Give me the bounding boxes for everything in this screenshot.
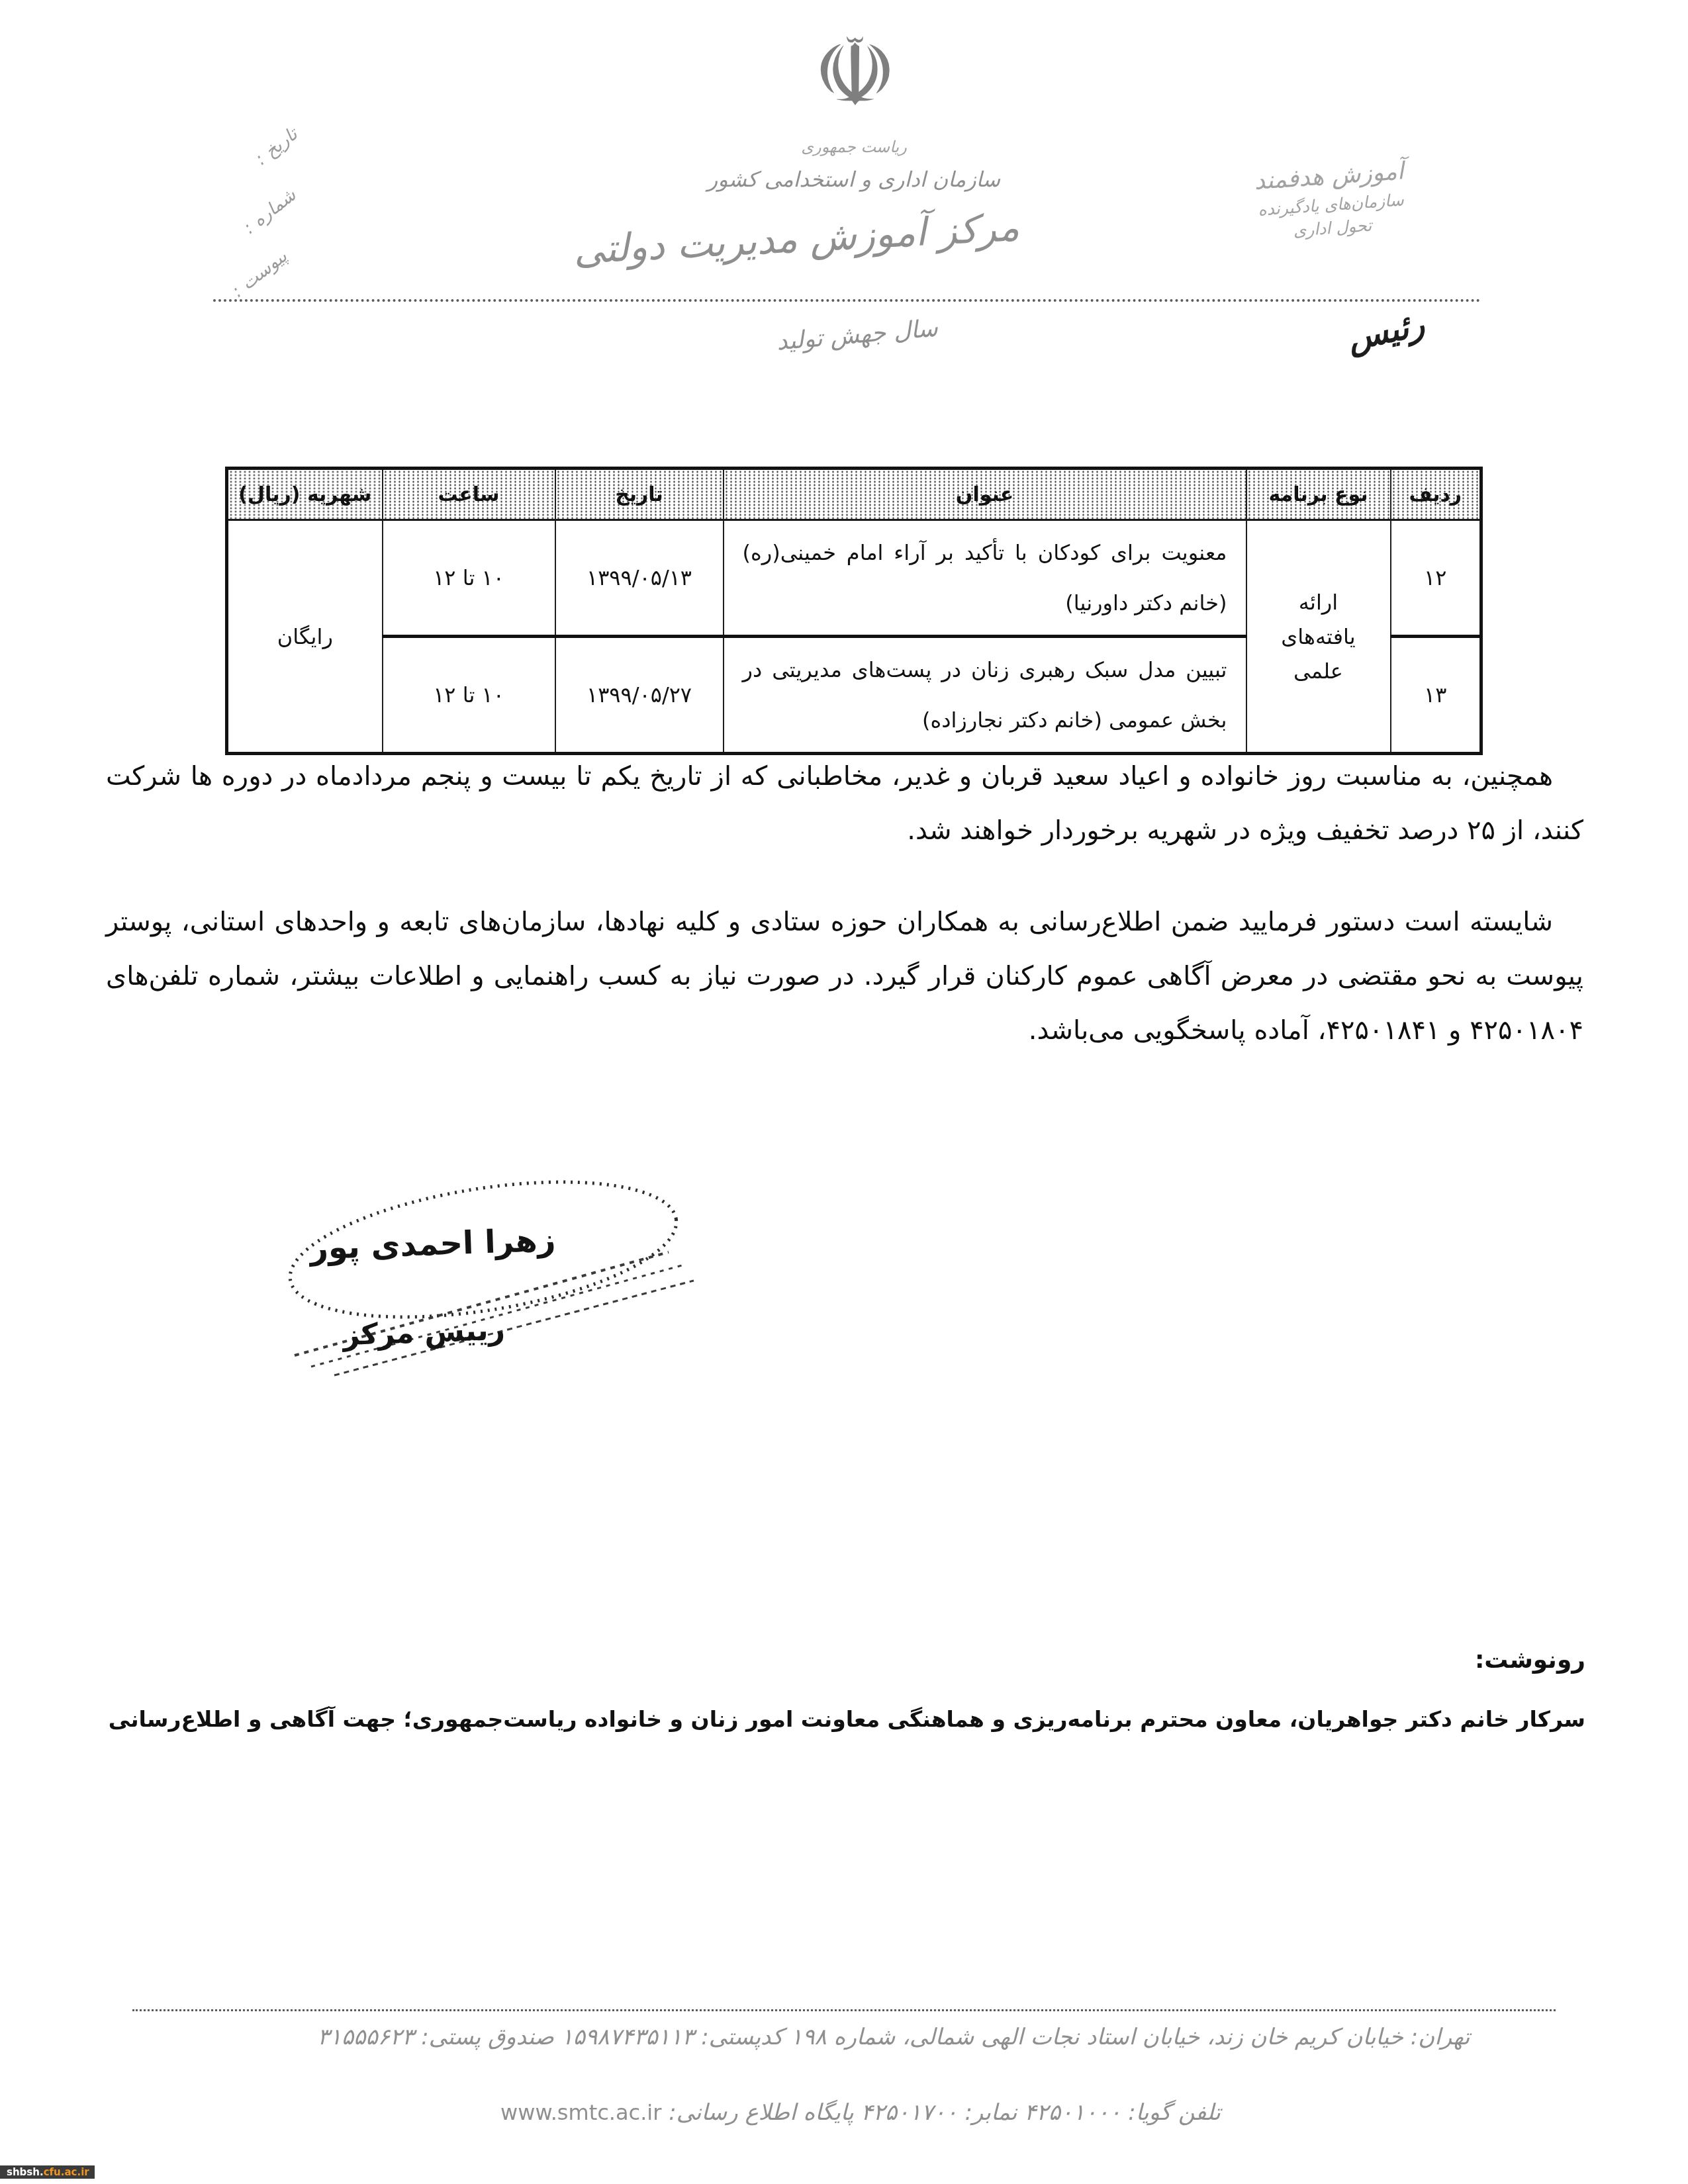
col-header-tuition: شهریه (ریال) [227, 469, 383, 520]
signature-block: زهرا احمدی پور رییس مرکز [265, 1165, 695, 1377]
col-header-date: تاریخ [555, 469, 724, 520]
time-cell: ۱۰ تا ۱۲ [383, 637, 555, 754]
col-header-row-no: ردیف [1391, 469, 1481, 520]
stamp-line1: آموزش هدفمند [1242, 157, 1415, 196]
course-table: ردیف نوع برنامه عنوان تاریخ ساعت شهریه (… [225, 467, 1483, 755]
date-cell: ۱۳۹۹/۰۵/۱۳ [555, 520, 724, 637]
footer-contact-text: تلفن گویا: ۴۲۵۰۱۰۰۰ نمابر: ۴۲۵۰۱۷۰۰ پایگ… [669, 2099, 1221, 2126]
footer-contact: تلفن گویا: ۴۲۵۰۱۰۰۰ نمابر: ۴۲۵۰۱۷۰۰ پایگ… [397, 2099, 1324, 2126]
org-name-line3: مرکز آموزش مدیریت دولتی [688, 205, 1021, 267]
col-header-time: ساعت [383, 469, 555, 520]
signature-title: رییس مرکز [342, 1313, 506, 1353]
watermark-prefix: shbsh. [7, 2166, 44, 2178]
col-header-title: عنوان [724, 469, 1246, 520]
footer-divider [132, 2009, 1556, 2011]
table-header-row: ردیف نوع برنامه عنوان تاریخ ساعت شهریه (… [227, 469, 1481, 520]
date-field-label: تاریخ : [252, 124, 301, 169]
col-header-program-type: نوع برنامه [1246, 469, 1391, 520]
program-type-text: ارائه یافته‌های علمی [1269, 585, 1368, 688]
year-slogan: سال جهش تولید [761, 313, 954, 357]
course-title-cell: معنویت برای کودکان با تأکید بر آراء امام… [724, 520, 1246, 637]
header-divider [213, 299, 1481, 302]
paragraph-discount: همچنین، به مناسبت روز خانواده و اعیاد سع… [106, 749, 1583, 858]
watermark-badge: shbsh.cfu.ac.ir [0, 2165, 95, 2179]
time-cell: ۱۰ تا ۱۲ [383, 520, 555, 637]
table-row: ۱۲ ارائه یافته‌های علمی معنویت برای کودک… [227, 520, 1481, 637]
header-stamp: آموزش هدفمند سازمان‌های یادگیرنده تحول ا… [1242, 157, 1419, 244]
date-cell: ۱۳۹۹/۰۵/۲۷ [555, 637, 724, 754]
tuition-cell: رایگان [227, 520, 383, 754]
raees-handwriting: رئیس [1344, 304, 1427, 358]
number-field-label: شماره : [240, 185, 300, 238]
letter-page: تاریخ : شماره : پیوست : ☫ ریاست جمهوری س… [0, 0, 1688, 2184]
cc-recipient-line: سرکار خانم دکتر جواهریان، معاون محترم بر… [109, 1706, 1585, 1732]
program-type-cell: ارائه یافته‌های علمی [1246, 520, 1391, 754]
row-no-cell: ۱۲ [1391, 520, 1481, 637]
watermark-suffix: cfu.ac.ir [44, 2166, 89, 2178]
footer-website: www.smtc.ac.ir [500, 2100, 661, 2125]
letter-body: همچنین، به مناسبت روز خانواده و اعیاد سع… [106, 749, 1583, 1095]
paragraph-instruction: شایسته است دستور فرمایید ضمن اطلاع‌رسانی… [106, 895, 1583, 1058]
org-name-line2: سازمان اداری و استخدامی کشور [688, 167, 1019, 192]
iran-emblem-icon: ☫ [813, 26, 897, 120]
cc-label: رونوشت: [109, 1647, 1585, 1674]
row-no-cell: ۱۳ [1391, 637, 1481, 754]
org-name-line1: ریاست جمهوری [755, 138, 953, 156]
course-title-cell: تبیین مدل سبک رهبری زنان در پست‌های مدیر… [724, 637, 1246, 754]
attachment-field-label: پیوست : [228, 246, 291, 302]
footer-address: تهران: خیابان کریم خان زند، خیابان استاد… [265, 2024, 1523, 2050]
